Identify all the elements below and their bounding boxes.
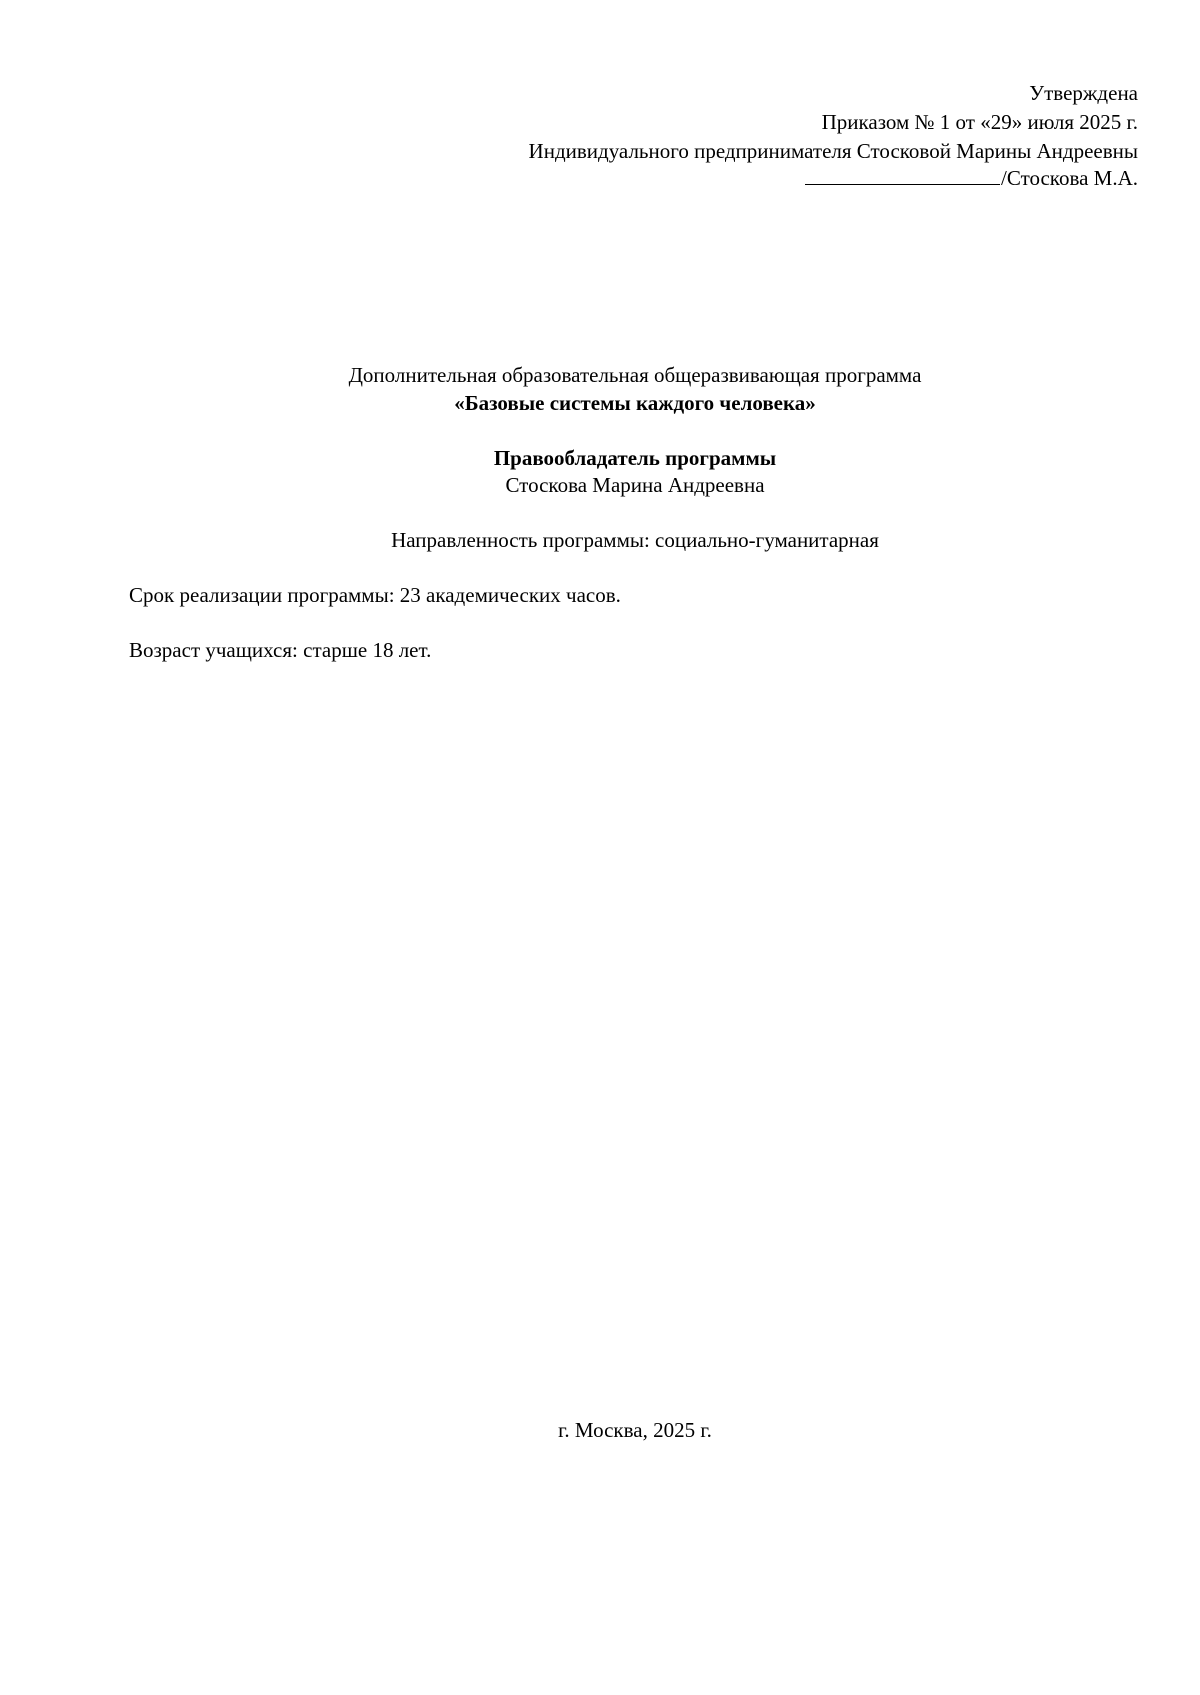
signature-blank-line xyxy=(805,164,1000,185)
document-page: Утверждена Приказом № 1 от «29» июля 202… xyxy=(0,0,1200,1695)
approval-signature: /Стоскова М.А. xyxy=(805,164,1138,192)
program-title: «Базовые системы каждого человека» xyxy=(130,389,1140,417)
signature-name: /Стоскова М.А. xyxy=(1001,166,1138,190)
program-type: Дополнительная образовательная общеразви… xyxy=(130,361,1140,389)
student-age: Возраст учащихся: старше 18 лет. xyxy=(129,636,431,664)
owner-heading: Правообладатель программы xyxy=(130,444,1140,472)
approval-order: Приказом № 1 от «29» июля 2025 г. xyxy=(822,108,1138,136)
owner-name: Стоскова Марина Андреевна xyxy=(130,471,1140,499)
approval-entrepreneur: Индивидуального предпринимателя Стосково… xyxy=(529,137,1138,165)
approval-label: Утверждена xyxy=(1029,79,1138,107)
program-duration: Срок реализации программы: 23 академичес… xyxy=(129,581,621,609)
program-focus: Направленность программы: социально-гума… xyxy=(130,526,1140,554)
footer-city-year: г. Москва, 2025 г. xyxy=(130,1416,1140,1444)
